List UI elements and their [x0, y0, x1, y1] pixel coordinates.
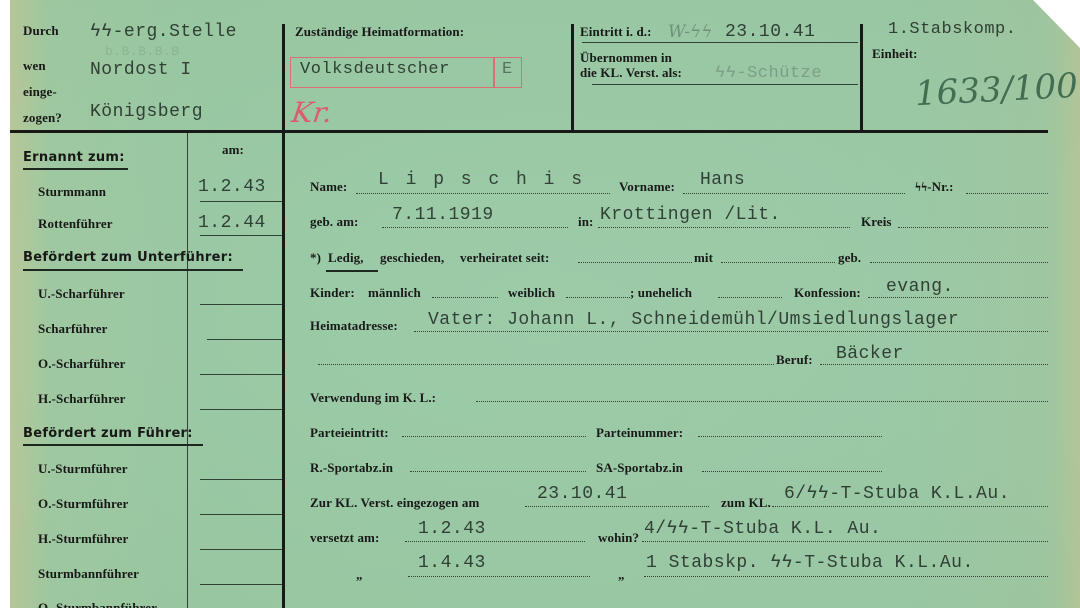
- heading-ernannt: Ernannt zum:: [23, 150, 125, 165]
- label-heimatformation: Zuständige Heimatformation:: [295, 24, 464, 40]
- eintritt-prefix: W-ϟϟ: [668, 22, 712, 42]
- status-ledig: Ledig,: [328, 250, 364, 266]
- label-heimatadresse: Heimatadresse:: [310, 318, 398, 334]
- field-durch-wen-line2: Nordost I: [90, 60, 192, 80]
- ditto-mark: „: [356, 567, 363, 583]
- field-heimatformation: Volksdeutscher: [300, 60, 450, 79]
- underline: [582, 42, 858, 43]
- rank-sturmmann: Sturmmann: [38, 184, 106, 200]
- dotted-line: [772, 506, 1048, 507]
- rank-o-sturmbannfuehrer: O.-Sturmbannführer: [38, 600, 157, 608]
- dotted-line: [414, 331, 1048, 332]
- dotted-line: [578, 262, 692, 263]
- divider: [282, 24, 285, 130]
- underline: [23, 168, 128, 170]
- dotted-line: [698, 436, 882, 437]
- field-versetzt-date-1: 1.2.43: [418, 519, 486, 539]
- underline: [592, 84, 858, 85]
- handwritten-mark-red: Kr.: [290, 96, 335, 129]
- faint-overtyping: b.B.B.B.B: [105, 44, 180, 59]
- field-heimatadresse: Vater: Johann L., Schneidemühl/Umsiedlun…: [428, 310, 959, 330]
- underline: [200, 235, 282, 236]
- ditto-mark: „: [618, 567, 625, 583]
- label-zur-kl: Zur KL. Verst. eingezogen am: [310, 495, 479, 511]
- field-wohin-2: 1 Stabskp. ϟϟ-T-Stuba K.L.Au.: [646, 553, 974, 573]
- underline: [23, 444, 203, 446]
- dotted-line: [718, 297, 782, 298]
- rank-sturmmann-date: 1.2.43: [198, 177, 266, 197]
- dotted-line: [598, 227, 850, 228]
- underline: [200, 584, 282, 585]
- label-beruf: Beruf:: [776, 352, 813, 368]
- field-vorname: Hans: [700, 170, 745, 190]
- dotted-line: [683, 193, 905, 194]
- underline: [23, 269, 243, 271]
- dotted-line: [382, 227, 568, 228]
- status-geschieden: geschieden,: [380, 250, 444, 266]
- dotted-line: [410, 471, 586, 472]
- label-verwendung: Verwendung im K. L.:: [310, 390, 436, 406]
- field-zum-kl: 6/ϟϟ-T-Stuba K.L.Au.: [784, 484, 1010, 504]
- label-geb: geb.: [838, 250, 861, 266]
- label-star: *): [310, 250, 321, 266]
- field-versetzt-date-2: 1.4.43: [418, 553, 486, 573]
- dotted-line: [721, 262, 835, 263]
- field-durch-wen-line1: ϟϟ-erg.Stelle: [90, 22, 237, 42]
- label-parteieintritt: Parteieintritt:: [310, 425, 389, 441]
- underline: [200, 374, 282, 375]
- label-name: Name:: [310, 179, 347, 195]
- rank-o-scharfuehrer: O.-Scharführer: [38, 356, 125, 372]
- label-maennlich: männlich: [368, 285, 421, 301]
- label-r-sportabz: R.-Sportabz.in: [310, 460, 393, 476]
- field-zur-kl-date: 23.10.41: [537, 484, 627, 504]
- rank-u-scharfuehrer: U.-Scharführer: [38, 286, 125, 302]
- dotted-line: [966, 193, 1048, 194]
- dotted-line: [356, 193, 610, 194]
- underline: [207, 339, 282, 340]
- label-uebernommen-1: Übernommen in: [580, 50, 672, 66]
- label-am: am:: [222, 142, 244, 158]
- field-durch-wen-line3: Königsberg: [90, 102, 203, 122]
- label-uebernommen-2: die KL. Verst. als:: [580, 65, 682, 81]
- heading-fuehrer: Befördert zum Führer:: [23, 426, 193, 441]
- header-rule: [10, 130, 1048, 133]
- label-eintritt: Eintritt i. d.:: [580, 24, 652, 40]
- dotted-line: [702, 471, 882, 472]
- field-name: L i p s c h i s: [378, 170, 585, 190]
- rank-scharfuehrer: Scharführer: [38, 321, 107, 337]
- label-parteinummer: Parteinummer:: [596, 425, 683, 441]
- label-mit: mit: [694, 250, 713, 266]
- label-zogen: zogen?: [23, 110, 62, 126]
- rank-h-sturmfuehrer: H.-Sturmführer: [38, 531, 128, 547]
- rank-sturmbannfuehrer: Sturmbannführer: [38, 566, 139, 582]
- ledig-underline: [326, 270, 378, 272]
- dotted-line: [820, 364, 1048, 365]
- dotted-line: [566, 297, 630, 298]
- dotted-line: [476, 401, 1048, 402]
- label-in: in:: [578, 214, 593, 230]
- underline: [200, 549, 282, 550]
- dotted-line: [405, 541, 585, 542]
- field-heimatformation-code: E: [502, 60, 513, 79]
- dotted-line: [402, 436, 586, 437]
- heading-unterfuehrer: Befördert zum Unterführer:: [23, 250, 233, 265]
- dotted-line: [870, 262, 1048, 263]
- dotted-line: [408, 576, 590, 577]
- underline: [200, 201, 282, 202]
- label-ss-nr: ϟϟ-Nr.:: [915, 179, 954, 195]
- label-vorname: Vorname:: [619, 179, 675, 195]
- label-wen: wen: [23, 58, 46, 74]
- label-durch: Durch: [23, 23, 59, 39]
- dotted-line: [318, 364, 774, 365]
- rank-h-scharfuehrer: H.-Scharführer: [38, 391, 125, 407]
- rank-column-divider: [187, 133, 188, 608]
- rank-u-sturmfuehrer: U.-Sturmführer: [38, 461, 128, 477]
- rank-rottenfuehrer-date: 1.2.44: [198, 213, 266, 233]
- label-wohin: wohin?: [598, 530, 639, 546]
- rank-o-sturmfuehrer: O.-Sturmführer: [38, 496, 128, 512]
- underline: [200, 479, 282, 480]
- label-versetzt: versetzt am:: [310, 530, 379, 546]
- label-kinder: Kinder:: [310, 285, 355, 301]
- field-geburtsort: Krottingen /Lit.: [600, 205, 781, 225]
- dotted-line: [525, 506, 709, 507]
- rank-rottenfuehrer: Rottenführer: [38, 216, 113, 232]
- label-geb-am: geb. am:: [310, 214, 358, 230]
- field-beruf: Bäcker: [836, 344, 904, 364]
- field-geb-am: 7.11.1919: [392, 205, 494, 225]
- label-konfession: Konfession:: [794, 285, 861, 301]
- label-kreis: Kreis: [861, 214, 892, 230]
- label-weiblich: weiblich: [508, 285, 555, 301]
- dotted-line: [644, 576, 1048, 577]
- divider: [860, 24, 863, 130]
- status-verheiratet: verheiratet seit:: [460, 250, 549, 266]
- underline: [200, 409, 282, 410]
- dotted-line: [642, 541, 1048, 542]
- personnel-record-card: Durch wen einge- zogen? ϟϟ-erg.Stelle b.…: [10, 0, 1080, 608]
- underline: [200, 304, 282, 305]
- field-konfession: evang.: [886, 277, 954, 297]
- divider: [571, 24, 574, 130]
- field-einheit-typed: 1.Stabskomp.: [888, 20, 1016, 39]
- dotted-line: [868, 297, 1048, 298]
- label-zum-kl: zum KL.: [721, 495, 771, 511]
- field-eintritt-date: 23.10.41: [725, 22, 815, 42]
- label-einheit: Einheit:: [872, 46, 918, 62]
- handwritten-number: 1633/100: [914, 66, 1079, 114]
- label-sa-sportabz: SA-Sportabz.in: [596, 460, 683, 476]
- underline: [200, 514, 282, 515]
- field-uebernommen: ϟϟ-Schütze: [715, 64, 822, 83]
- field-wohin-1: 4/ϟϟ-T-Stuba K.L. Au.: [644, 519, 881, 539]
- left-column-rule: [282, 133, 285, 608]
- label-unehelich: ; unehelich: [630, 285, 692, 301]
- dotted-line: [432, 297, 498, 298]
- dotted-line: [898, 227, 1048, 228]
- label-einge: einge-: [23, 84, 57, 100]
